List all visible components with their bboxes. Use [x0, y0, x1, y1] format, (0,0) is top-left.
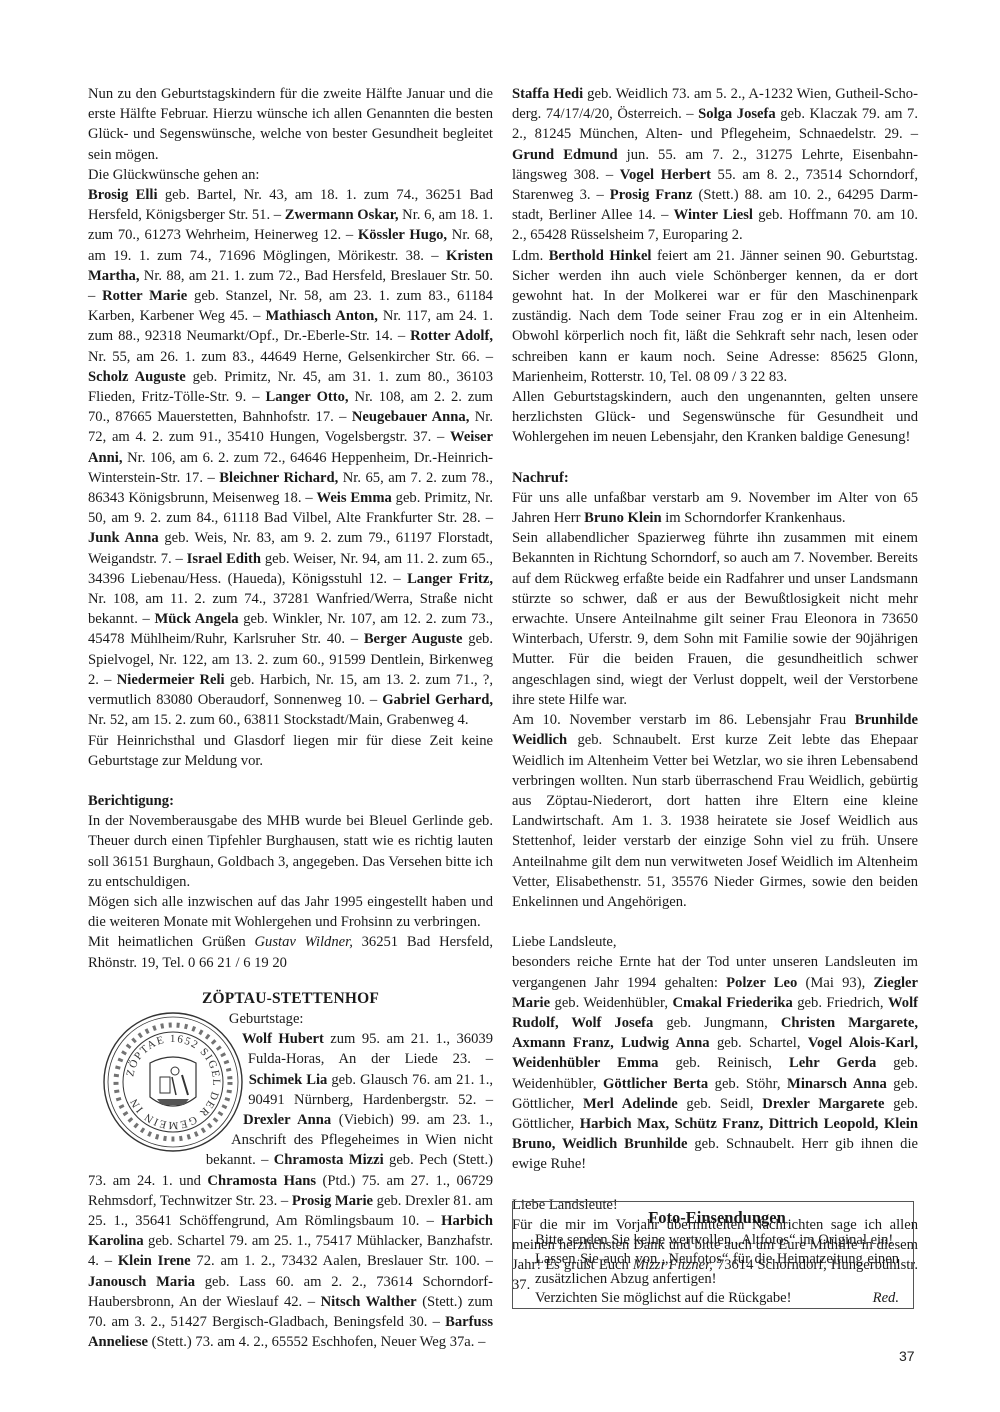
- person-name: Polzer Leo: [726, 975, 797, 991]
- person-name: Kössler Hugo,: [358, 227, 447, 243]
- zoeptau-section: ZÖPTAE 1652 SIGEL DER GEMEIN IN Geburtst…: [88, 1009, 493, 1352]
- person-name: Chramosta Mizzi: [274, 1152, 384, 1168]
- entry-details: geb. Schartel,: [710, 1035, 808, 1051]
- box-line-1: Bitte senden Sie keine wertvollen „Altfo…: [535, 1231, 899, 1251]
- entry-details: geb. Reinisch,: [658, 1055, 788, 1071]
- person-name: Prosig Franz: [610, 187, 693, 203]
- person-name: Staf­fa Hedi: [512, 86, 583, 102]
- correction-heading: Berichtigung:: [88, 791, 493, 811]
- closing-paragraph: Mögen sich alle inzwischen auf das Jahr …: [88, 892, 493, 932]
- person-name: Chra­mosta Hans: [207, 1173, 316, 1189]
- right-column: Staf­fa Hedi geb. Weidlich 73. am 5. 2.,…: [512, 84, 918, 1296]
- section-title-zoeptau: ZÖPTAU-STETTENHOF: [88, 989, 493, 1009]
- person-name: Klein Irene: [118, 1253, 191, 1269]
- person-name: Prosig Marie: [292, 1193, 373, 1209]
- box-title: Foto-Einsendungen: [535, 1208, 899, 1228]
- person-name: Bruno Klein: [584, 510, 661, 526]
- wishes-go-to: Die Glückwünsche gehen an:: [88, 165, 493, 185]
- person-name: Weis Emma: [317, 490, 392, 506]
- obituary-paragraph-2: Sein allabendlicher Spazierweg führte ih…: [512, 528, 918, 710]
- obituary-heading: Nachruf:: [512, 468, 918, 488]
- obituary-paragraph-1: Für uns alle unfaßbar verstarb am 9. Nov…: [512, 488, 918, 528]
- author-name: Gustav Wildner,: [255, 934, 353, 950]
- person-name: Drexler Margarete: [762, 1096, 884, 1112]
- entry-details: (Mai 93),: [797, 975, 873, 991]
- person-name: Winter Liesl: [674, 207, 753, 223]
- correction-text: In der Novemberausgabe des MHB wurde bei…: [88, 811, 493, 892]
- all-birthday-wishes: Allen Geburtstagskindern, auch den ungen…: [512, 387, 918, 448]
- left-column: Nun zu den Geburtstagskindern für die zw…: [88, 84, 493, 1352]
- no-birthdays-note: Für Heinrichsthal und Glasdorf liegen mi…: [88, 731, 493, 771]
- editor-signoff: Red.: [873, 1289, 899, 1309]
- hinkel-paragraph: Ldm. Berthold Hinkel feiert am 21. Jänne…: [512, 246, 918, 387]
- person-name: Nitsch Walther: [321, 1294, 417, 1310]
- photo-submissions-box: Foto-Einsendungen Bitte senden Sie keine…: [512, 1201, 914, 1309]
- entry-details: Nr. 52, am 15. 2. zum 60., 63811 Stockst…: [88, 712, 468, 728]
- person-name: Mathiasch Anton,: [265, 308, 377, 324]
- person-name: Lehr Gerda: [789, 1055, 876, 1071]
- person-name: Vogel Herbert: [620, 167, 711, 183]
- person-name: Cmakal Friederika: [672, 995, 792, 1011]
- page-number: 37: [899, 1348, 915, 1364]
- entry-details: geb. Friedrich,: [793, 995, 888, 1011]
- entry-details: Nr. 55, am 26. 1. zum 83., 44649 Herne, …: [88, 349, 493, 365]
- box-line-2: Lassen Sie auch von „Neufotos“ für die H…: [535, 1250, 899, 1289]
- person-name: Langer Fritz,: [407, 571, 493, 587]
- obituary-paragraph-3: Am 10. November verstarb im 86. Lebensja…: [512, 710, 918, 912]
- entry-details: geb. Weidenhübler,: [550, 995, 672, 1011]
- intro-paragraph: Nun zu den Geburtstagskindern für die zw…: [88, 84, 493, 165]
- person-name: Janousch Maria: [88, 1274, 195, 1290]
- person-name: Niedermeier Reli: [117, 672, 225, 688]
- person-name: Bleich­ner Richard,: [219, 470, 338, 486]
- person-name: Junk Anna: [88, 530, 159, 546]
- person-name: Rotter Marie: [102, 288, 187, 304]
- entry-details: 72. am 1. 2., 73432 Aalen, Breslauer Str…: [191, 1253, 493, 1269]
- person-name: Grund Edmund: [512, 147, 618, 163]
- person-name: Israel Edith: [187, 551, 261, 567]
- person-name: Neugebauer Anna,: [352, 409, 469, 425]
- box-line-3: Verzichten Sie möglichst auf die Rückgab…: [535, 1289, 899, 1309]
- person-name: Langer Otto,: [265, 389, 348, 405]
- town-seal-icon: ZÖPTAE 1652 SIGEL DER GEMEIN IN: [102, 1011, 244, 1153]
- birthday-list: Brosig Elli geb. Bartel, Nr. 43, am 18. …: [88, 185, 493, 730]
- person-name: Drexler Anna: [243, 1112, 331, 1128]
- magazine-page: Nun zu den Geburtstagskindern für die zw…: [0, 0, 1000, 1412]
- deceased-list: besonders reiche Ernte hat der Tod unter…: [512, 952, 918, 1174]
- person-name: Merl Adelinde: [583, 1096, 678, 1112]
- person-name: Wolf Hubert: [242, 1031, 324, 1047]
- person-name: Zwermann Oskar,: [285, 207, 399, 223]
- person-name: Rotter Adolf,: [410, 328, 493, 344]
- salutation-1: Liebe Landsleute,: [512, 932, 918, 952]
- entry-details: geb. Jungmann,: [653, 1015, 780, 1031]
- person-name: Schimek Lia: [249, 1072, 328, 1088]
- entry-details: (Stett.) 73. am 4. 2., 65552 Eschhofen, …: [148, 1334, 485, 1350]
- person-name: Brosig Elli: [88, 187, 158, 203]
- signature: Mit heimatlichen Grüßen Gustav Wildner, …: [88, 932, 493, 972]
- person-name: Berger Auguste: [364, 631, 463, 647]
- person-name: Scholz Auguste: [88, 369, 186, 385]
- person-name: Göttlicher Berta: [603, 1076, 708, 1092]
- birthday-list-continued: Staf­fa Hedi geb. Weidlich 73. am 5. 2.,…: [512, 84, 918, 246]
- person-name: Minarsch Anna: [787, 1076, 887, 1092]
- entry-details: geb. Schnaubelt.: [687, 1136, 801, 1152]
- person-name: Gabriel Gerhard,: [382, 692, 493, 708]
- person-name: Solga Josefa: [698, 106, 776, 122]
- entry-details: geb. Stöhr,: [708, 1076, 787, 1092]
- entry-details: geb. Seidl,: [678, 1096, 763, 1112]
- person-name: Berthold Hinkel: [549, 248, 652, 264]
- person-name: Mück Angela: [154, 611, 238, 627]
